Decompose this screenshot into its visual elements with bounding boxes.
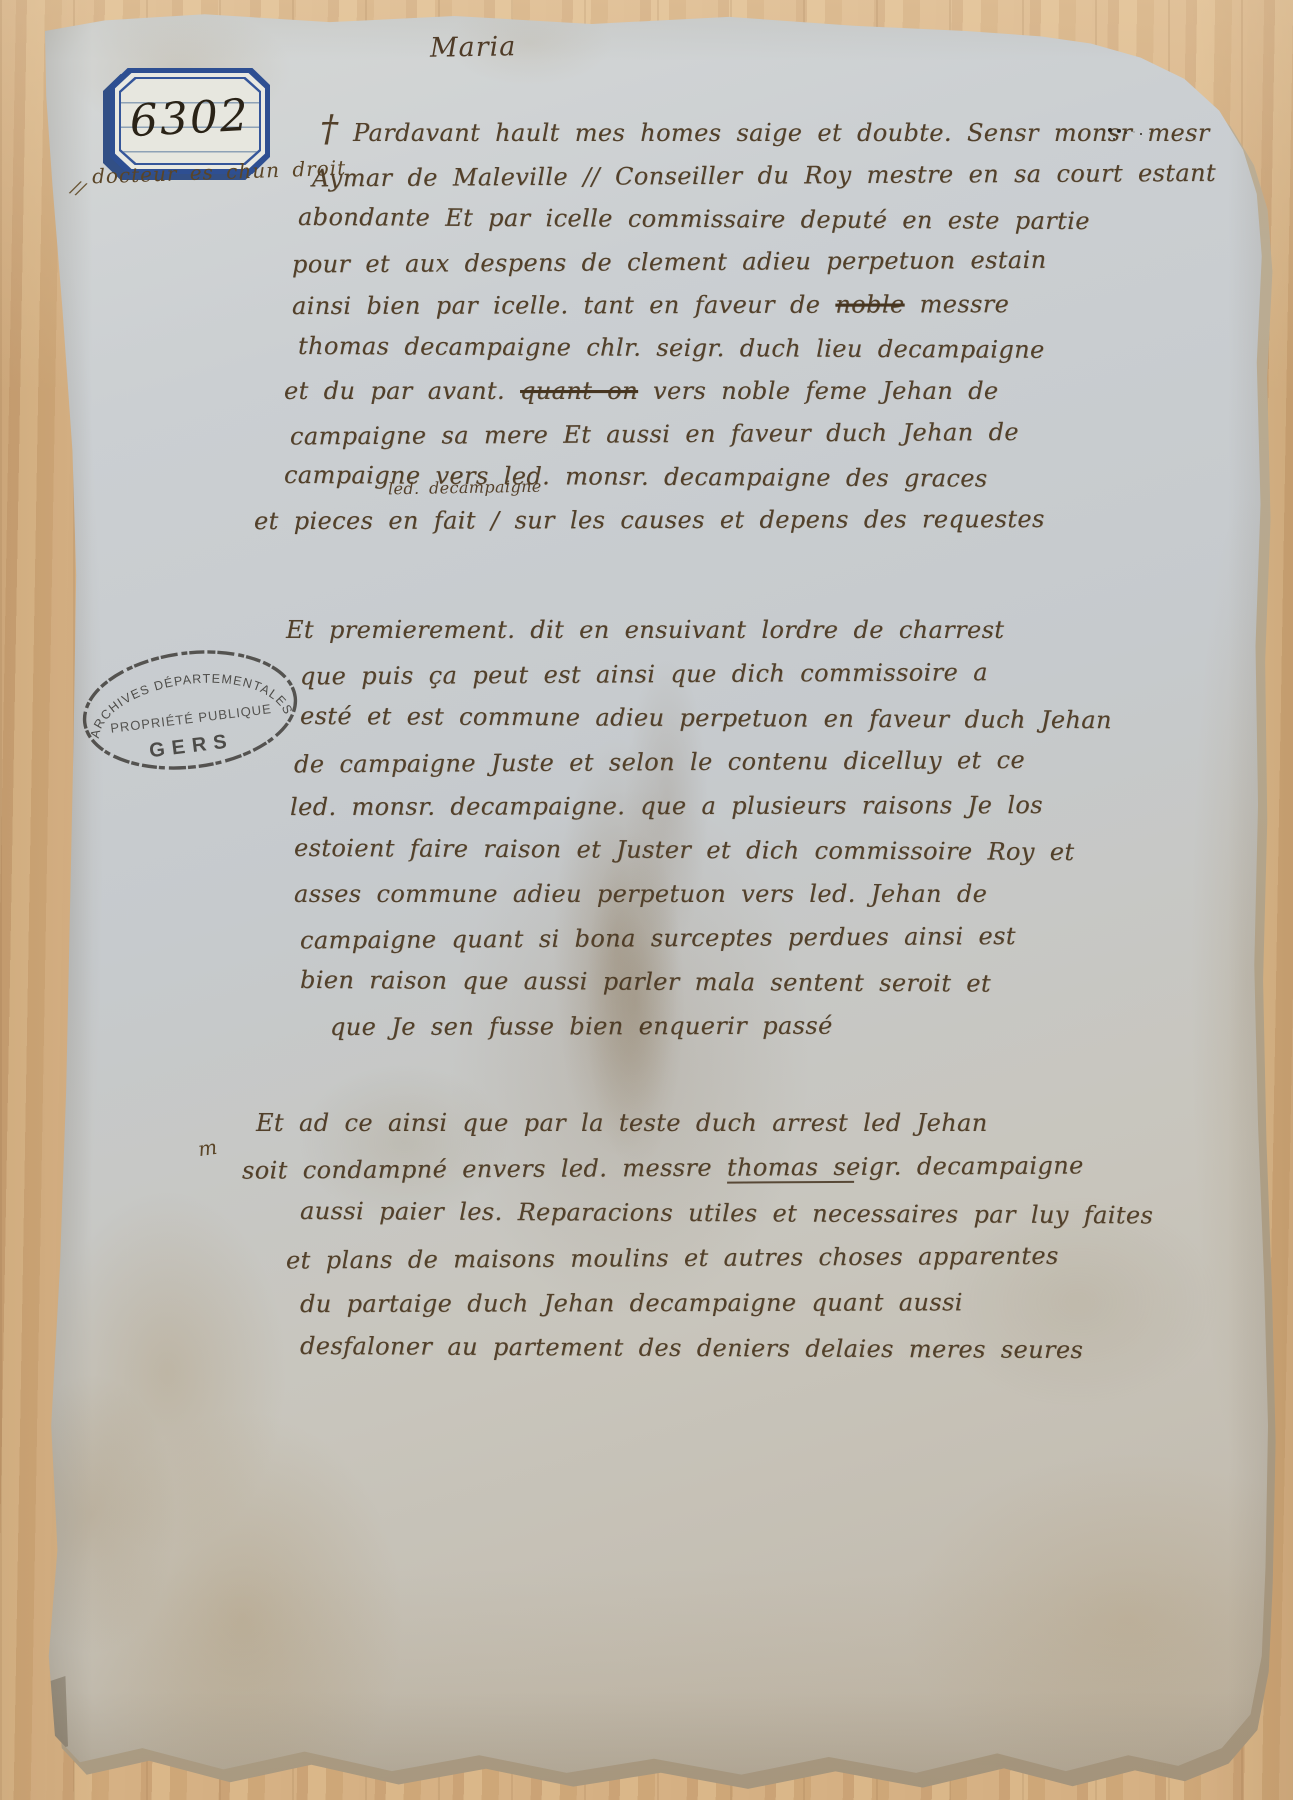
stamp-middle-text: PROPRIÉTÉ PUBLIQUE [109,701,272,736]
manuscript-segment: messre [905,290,1010,318]
manuscript-line: Et ad ce ainsi que par la teste duch arr… [256,1101,1090,1146]
label-face: 6302 [121,79,259,163]
manuscript-line: estoient faire raison et Juster et dich … [294,826,1090,874]
manuscript-segment: Et premierement. dit en ensuivant lordre… [286,616,1004,644]
manuscript-line: de campaigne Juste et selon le contenu d… [294,738,1090,787]
manuscript-segment: ainsi bien par icelle. tant en faveur de [292,291,835,320]
manuscript-page: Maria 6302 // docteur es chun droit ARCH… [30,8,1278,1780]
manuscript-segment: bien raison que aussi parler mala senten… [300,966,991,998]
manuscript-segment: thomas decampaigne chlr. seigr. duch lie… [298,332,1045,364]
manuscript-line: campaigne quant si bona surceptes perdue… [300,914,1090,963]
manuscript-line: ainsi bien par icelle. tant en faveur de… [292,283,1090,328]
manuscript-line: thomas decampaigne chlr. seigr. duch lie… [298,325,1090,372]
manuscript-segment: esté et est commune adieu perpetuon en f… [300,702,1112,734]
margin-slashes: // [69,177,87,201]
manuscript-segment: aussi paier les. Reparacions utiles et n… [300,1197,1153,1229]
manuscript-segment: led. monsr. decampaigne. que a plusieurs… [290,791,1043,821]
manuscript-line: du partaige duch Jehan decampaigne quant… [300,1280,1090,1327]
manuscript-line: esté et est commune adieu perpetuon en f… [300,694,1090,742]
manuscript-line: campaigne sa mere Et aussi en faveur duc… [290,411,1090,459]
manuscript-line: desfaloner au partement des deniers dela… [300,1324,1090,1373]
manuscript-line: Aymar de Maleville // Conseiller du Roy … [312,153,1090,201]
manuscript-segment: campaigne quant si bona surceptes perdue… [300,922,1016,954]
manuscript-line: et pieces en fait / sur les causes et de… [254,498,1090,543]
manuscript-line: abondante Et par icelle commissaire depu… [298,196,1090,243]
page-heading: Maria [430,31,517,64]
manuscript-segment: Aymar de Maleville // Conseiller du Roy … [312,159,1216,193]
archive-stamp: ARCHIVES DÉPARTEMENTALES PROPRIÉTÉ PUBLI… [68,630,312,789]
manuscript-line: bien raison que aussi parler mala senten… [300,958,1090,1006]
manuscript-segment: seigr. decampaigne [818,1151,1083,1181]
manuscript-line: Et premierement. dit en ensuivant lordre… [286,608,1090,652]
manuscript-line: pour et aux despens de clement adieu per… [292,239,1090,287]
manuscript-line: † Pardavant hault mes homes saige et dou… [320,108,1090,155]
manuscript-paragraph-1: † Pardavant hault mes homes saige et dou… [280,108,1090,542]
manuscript-segment: de campaigne Juste et selon le contenu d… [294,746,1025,778]
manuscript-line: led. monsr. decampaigne. que a plusieurs… [290,783,1090,829]
manuscript-line: asses commune adieu perpetuon vers led. … [294,872,1090,916]
manuscript-segment: et pieces en fait / sur les causes et de… [254,505,1045,535]
manuscript-segment: et plans de maisons moulins et autres ch… [286,1242,1059,1275]
manuscript-segment-paraph: † [320,109,338,150]
interline-insertion: led. decampaigne [388,477,542,499]
manuscript-segment: que Je sen fusse bien enquerir passé [330,1012,833,1041]
paragraph-margin-mark: m [196,1135,218,1161]
manuscript-segment-strike: noble [835,290,904,318]
manuscript-segment: vers noble feme Jehan de [638,377,999,405]
archive-number: 6302 [129,89,251,146]
manuscript-segment: soit condampné envers led. messre [242,1154,727,1185]
manuscript-segment: asses commune adieu perpetuon vers led. … [294,880,987,908]
manuscript-segment: que puis ça peut est ainsi que dich comm… [300,658,988,690]
manuscript-line: soit condampné envers led. messre thomas… [242,1143,1090,1193]
manuscript-paragraph-2: Et premierement. dit en ensuivant lordre… [280,608,1090,1048]
manuscript-segment: desfaloner au partement des deniers dela… [300,1332,1083,1364]
manuscript-line: que puis ça peut est ainsi que dich comm… [300,650,1090,699]
manuscript-line: et du par avant. quant on vers noble fem… [284,370,1090,413]
manuscript-line: aussi paier les. Reparacions utiles et n… [300,1189,1090,1238]
manuscript-segment: abondante Et par icelle commissaire depu… [298,203,1090,235]
ink-specks [1108,128,1112,132]
manuscript-photo: Maria 6302 // docteur es chun droit ARCH… [0,0,1293,1800]
manuscript-segment: et du par avant. [284,377,520,405]
manuscript-line: et plans de maisons moulins et autres ch… [286,1234,1090,1284]
stamp-oval-icon: ARCHIVES DÉPARTEMENTALES PROPRIÉTÉ PUBLI… [68,630,312,789]
manuscript-segment: estoient faire raison et Juster et dich … [294,834,1075,866]
manuscript-segment: Et ad ce ainsi que par la teste duch arr… [256,1109,988,1137]
manuscript-segment: campaigne sa mere Et aussi en faveur duc… [290,418,1019,450]
manuscript-paragraph-3: Et ad ce ainsi que par la teste duch arr… [280,1101,1090,1371]
manuscript-segment-strike: quant on [520,377,638,405]
manuscript-segment: pour et aux despens de clement adieu per… [292,246,1047,279]
manuscript-segment: du partaige duch Jehan decampaigne quant… [300,1288,963,1318]
manuscript-segment: Pardavant hault mes homes saige et doubt… [338,119,1210,147]
manuscript-line: que Je sen fusse bien enquerir passé [330,1003,1090,1049]
stamp-bottom-text: GERS [148,730,235,762]
